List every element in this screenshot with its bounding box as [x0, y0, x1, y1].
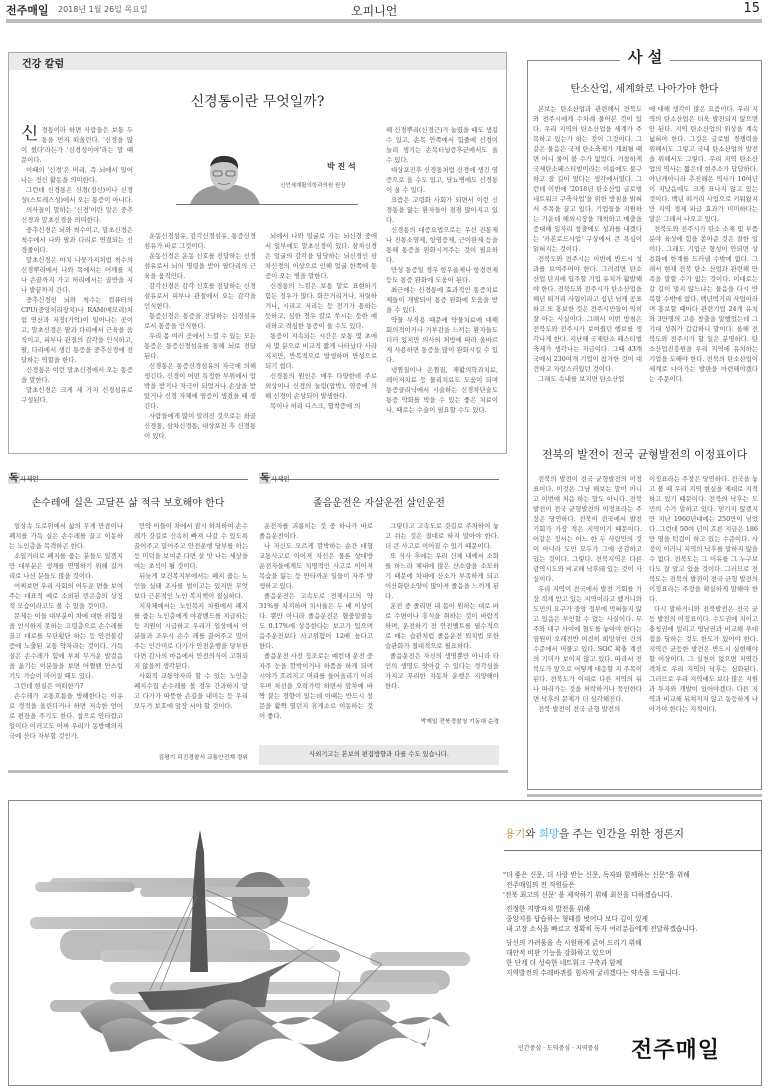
- ad-line: '전북 최고의 신문' 을 제작하기 위해 최선을 다하겠습니다.: [503, 890, 758, 900]
- paragraph: 소일거리로 폐지를 줍는 분들도 있겠지만 대부분은 생계를 연명하기 위해 길…: [9, 551, 123, 581]
- paragraph: 본보는 탄소산업과 관련해서 전북도와 전주시에게 수차례 물어본 것이 있다.…: [533, 104, 642, 254]
- paragraph: 신경통은 이런 말초신경에서 오는 통증을 말한다.: [21, 365, 133, 385]
- reader-opinion-header-left: 독자제언: [8, 466, 248, 480]
- paragraph: 일상속 도로위에서 삶의 무게 만큼이나 폐지를 가득 실은 손수레를 끌고 이…: [9, 521, 123, 551]
- health-column-box: 건강 칼럼 신경통이란 무엇일까? 박 진 석 신언세재활의학과의원 원장 신 …: [8, 52, 507, 454]
- sailing-ship-illustration: [10, 812, 490, 1072]
- editorial-2-text-2: 이정표라는 주장은 당연하다. 전국을 놓고 볼 때 우리 지역 현실을 제대로…: [649, 474, 758, 786]
- ad-line: 한 단계 더 성숙한 네트워크 구축과 함께: [506, 958, 758, 968]
- paragraph: 뒤늦게 보건복지부에서는 폐지 줍는 노인들 실태 조사를 벌이고는 있지만 무…: [134, 571, 248, 601]
- paragraph: 졸음운전은 자신의 생명뿐만 아니라 타인의 생명도 앗아갈 수 있다는 경각심…: [385, 651, 499, 691]
- section-divider: [8, 770, 508, 773]
- contribution-right-text-1: 운전자를 괴롭히는 것 중 하나가 바로 졸음운전이다. 나 자신도 모르게 깜…: [259, 521, 373, 721]
- paragraph: 지자체에서는 노인복지 차원에서 폐지를 줍는 노인층에게 야광밴드를 지급하는…: [134, 601, 248, 671]
- ad-slogan: 인간중심 · 도덕중심 · 지역중심: [518, 1043, 599, 1052]
- contribution-left-byline: 김평기 덕진경찰서 교통안전계 경위: [134, 752, 248, 761]
- paragraph: 신경통의 느낌은 보통 말로 표현하기 힘든 경우가 많다. 화끈거리거나, 저…: [265, 281, 377, 331]
- ad-headline: 용기와 희망을 주는 인간을 위한 정론지: [505, 826, 684, 841]
- paragraph: 이때의 '신경'은 머리, 즉 뇌에서 일어나는 정신 활동을 의미한다.: [21, 165, 133, 185]
- header-label: 자제언: [20, 475, 39, 483]
- health-column-text-3: 뇌에서 나와 얼굴로 가는 뇌신경 중에서 일부에도 말초신경이 있다. 삼차신…: [265, 231, 377, 451]
- paragraph: 운전 중 졸리면 내 몸이 원하는 대로 바로 수면이나 휴식을 취하는 것이 …: [385, 601, 499, 651]
- paragraph: 다시 말하거니와 전북발전은 전국 균등 발전의 이정표이다. 수도권에 치이고…: [649, 604, 758, 714]
- ad-line: "더 좋은 신문, 더 사랑 받는 신문, 독자와 함께하는 신문"을 위해: [503, 870, 758, 880]
- paragraph: 해 신경뿌리(신경근)가 눌렸을 때도 생길 수 있고, 손목 안쪽에서 힘줄에…: [386, 125, 498, 165]
- contribution-left-text-2: 만약 이들이 차에서 잠시 하차하여 손수레가 갓길로 신속히 빠져 나갈 수 …: [134, 521, 248, 749]
- paragraph: 중추신경인 뇌와 척수는 컴퓨터의 CPU(중앙처리장치)나 RAM(메모리)처…: [21, 295, 133, 365]
- paragraph: 감각신경은 감각 신호를 전달하는 신경섬유로서 피부나 관절에서 오는 감각을…: [144, 281, 256, 311]
- paragraph: 손수레가 교통흐름을 방해한다는 이유로 경적을 울린다거나 하면 저속한 언어…: [9, 691, 123, 741]
- paragraph: 전북 발전이 전국 균형 발전의: [533, 704, 642, 714]
- paragraph: 신경통의 대증요법으로는 우선 진통제나 진통소염제, 항염증제, 근이완제 등…: [386, 225, 498, 265]
- page-number: 15: [743, 1, 760, 16]
- paragraph: 전북도와 전주시가 탄소 소재 및 부품 분야 육성에 힘을 쏟아준 것은 잘한…: [649, 224, 758, 384]
- headline-hope: 희망: [539, 828, 559, 840]
- editorial-1-text-2: 에 대해 생각이 많은 요즘이다. 우리 지역의 탄소산업은 더욱 발전되지 않…: [649, 104, 758, 416]
- paragraph: 의사들이 말하는 '신경'이란 말은 중추신경과 말초신경을 의미한다.: [21, 205, 133, 225]
- paragraph: 말초신경은 마치 나뭇가지처럼 척수의 신경뿌리에서 나와 목에서는 어깨를 지…: [21, 255, 133, 295]
- paragraph: 에 대해 생각이 많은 요즘이다. 우리 지역의 탄소산업은 더욱 발전되지 않…: [649, 104, 758, 224]
- sailing-ship-icon: [10, 812, 490, 1072]
- header-label: 자제언: [271, 475, 290, 483]
- editorial-2-text-1: 전북의 발전이 전국 균형발전의 이정표이다. 이것은 그냥 해보는 말이 아니…: [533, 474, 642, 786]
- paragraph: 대상포진후 신경통처럼 신경에 생긴 염증으로 올 수도 있고, 당뇨병에도 신…: [386, 165, 498, 195]
- paragraph: 졸음운전은 고속도로 전체사고의 약 31%를 차지하며 치사율은 두 배 이상…: [259, 591, 373, 651]
- health-column-text-2: 운동신경섬유, 감각신경섬유, 통증신경섬유가 바로 그것이다. 운동신경은 운…: [144, 231, 256, 451]
- paragraph: 통증신경은 통증을 전달하는 신경섬유로서 통증을 인식한다.: [144, 311, 256, 331]
- paragraph: 운동신경은 운동 신호를 전달하는 신경섬유로서 뇌의 명령을 받아 팔다리의 …: [144, 251, 256, 281]
- headline-text: 을 주는 인간을 위한 정론지: [559, 828, 684, 840]
- header-initial: 독: [8, 473, 20, 484]
- paragraph: 만성 통증일 경우 항우울제나 항경련제 등도 통증 완화에 도움이 된다.: [386, 265, 498, 285]
- ad-line: 진정한 지방자치 발전을 위해: [506, 904, 758, 914]
- editorial-label: 사 설: [620, 46, 670, 67]
- ad-line: 전주매일의 전 직원들은: [503, 880, 758, 890]
- paragraph: 운동신경섬유, 감각신경섬유, 통증신경섬유가 바로 그것이다.: [144, 231, 256, 251]
- ad-body: "더 좋은 신문, 더 사랑 받는 신문, 독자와 함께하는 신문"을 위해 전…: [503, 870, 758, 982]
- paragraph: 최근에는 신경통에 효과적인 통증치료제들이 개발되어 통증 완화에 도움을 받…: [386, 285, 498, 315]
- contribution-right-text-2: 그렇다고 고속도로 갓길로 주차하여 놓고 쉬는 것은 절대로 하지 말아야 한…: [385, 521, 499, 711]
- contribution-left-text-1: 일상속 도로위에서 삶의 무게 만큼이나 폐지를 가득 실은 손수레를 끌고 이…: [9, 521, 123, 761]
- contribution-left-title: 손수레에 실은 고달픈 삶 적극 보호해야 한다: [8, 494, 248, 509]
- health-column-text-4: 해 신경뿌리(신경근)가 눌렸을 때도 생길 수 있고, 손목 안쪽에서 힘줄에…: [386, 125, 498, 451]
- ad-line: 대안적 비판 기능을 강화하고 있으며: [506, 948, 758, 958]
- paragraph: 냉찜질이나 온찜질, 재활의학과치료, 레이저치료 등 물리치료도 도움이 되며…: [386, 365, 498, 415]
- ad-line: 지역발전의 수레바퀴를 힘차게 굴리겠다는 약속을 드립니다.: [506, 968, 758, 978]
- reader-opinion-header-right: 독자제언: [259, 466, 499, 480]
- paragraph: 어찌보면 우리 사회의 어두운 면을 보여주는 대표적 예로 소외된 빈곤층의 …: [9, 581, 123, 611]
- paragraph: 만약 이들이 차에서 잠시 하차하여 손수레가 갓길로 신속히 빠져 나갈 수 …: [134, 521, 248, 571]
- paragraph: 사람들에게 많이 알려진 것으로는 좌골신경통, 삼차신경통, 대상포진 후 신…: [144, 411, 256, 441]
- health-column-label: 건강 칼럼: [22, 55, 64, 70]
- section-title: 오피니언: [351, 2, 397, 19]
- paragraph: 말초신경은 크게 세 가지 신경섬유로 구성된다.: [21, 385, 133, 405]
- paragraph: 통증이 지속되는 시간은 보통 몇 초에서 몇 분으로 비교적 짧게 나타났다 …: [265, 331, 377, 371]
- paragraph: 나 자신도 모르게 깜박하는 순간 대형 교통사고로 이어져 자신은 물론 상대…: [259, 541, 373, 591]
- paragraph: 문제는 이들 대부분이 차에 대한 위험성을 인식하지 못하는 고령층으로 손수…: [9, 611, 123, 681]
- paragraph: 그래도 속내를 보지면 탄소산업: [533, 374, 642, 384]
- paragraph: 뇌에서 나와 얼굴로 가는 뇌신경 중에서 일부에도 말초신경이 있다. 삼차신…: [265, 231, 377, 281]
- editorial-title-1: 탄소산업, 세계화로 나아가야 한다: [527, 80, 762, 95]
- ad-line: 내 고장 소식을 빠르고 정확히 독자 여러분들에게 전달하겠습니다.: [506, 924, 758, 934]
- editorial-1-text-1: 본보는 탄소산업과 관련해서 전북도와 전주시에게 수차례 물어본 것이 있다.…: [533, 104, 642, 416]
- ad-line: 중앙지를 답습하는 형태를 벗어나 보다 깊이 있게: [506, 914, 758, 924]
- paragraph: 전북의 발전이 전국 균형발전의 이정표이다. 이것은 그냥 해보는 말이 아니…: [533, 474, 642, 584]
- health-column-header: 건강 칼럼: [9, 53, 506, 70]
- ad-line: 당신의 가려움을 속 시원하게 긁어 드리기 위해: [506, 938, 758, 948]
- paragraph: 졸음운전 사전 징조로는 예컨대 운전 중 자주 눈을 깜박이거나 하품을 하게…: [259, 651, 373, 721]
- health-column-title: 신경통이란 무엇일까?: [9, 91, 506, 111]
- paragraph: 그런데 현실은 어떠한가?: [9, 681, 123, 691]
- headline-courage: 용기: [505, 828, 525, 840]
- paragraph: 신경통은 통증신경섬유의 자극에 의해 생긴다. 신경이 어떤 특정한 부위에서…: [144, 361, 256, 411]
- paragraph: 약물 부작용 때문에 약물치료에 대해 회의적이거나 거부감을 느끼는 환자들도…: [386, 315, 498, 365]
- paragraph: 요즘은 고령화 사회가 되면서 이런 신경통을 앓는 환자들이 점점 많아지고 …: [386, 195, 498, 225]
- paragraph: 목이나 허리 디스크, 협착증에 의: [265, 401, 377, 411]
- editorial-title-2: 전북의 발전이 전국 균형발전의 이정표이다: [527, 446, 762, 462]
- masthead: 전주매일 2018년 1월 26일 목요일 오피니언 15: [6, 2, 762, 18]
- contribution-right-title: 졸음운전은 자살운전 살인운전: [259, 494, 499, 509]
- paragraph: 사회적 교통약자라 할 수 있는 노인층 폐지수집 손수레를 볼 경우 간과하지…: [134, 671, 248, 711]
- issue-date: 2018년 1월 26일 목요일: [58, 4, 148, 15]
- paragraph: 또 식사 후에는 우리 신체 내에서 소화를 하느라 체내에 많은 산소량을 소…: [385, 551, 499, 601]
- ad-paragraph: "더 좋은 신문, 더 사랑 받는 신문, 독자와 함께하는 신문"을 위해 전…: [503, 870, 758, 900]
- paragraph: 그렇다고 고속도로 갓길로 주차하여 놓고 쉬는 것은 절대로 하지 말아야 한…: [385, 521, 499, 551]
- disclaimer-notice: 사외기고는 본보의 편집방향과 다를 수도 있습니다.: [259, 745, 499, 765]
- headline-text: 와: [525, 828, 538, 840]
- health-column-text-1: 신 경통이라 하면 사람들은 보통 두통을 먼저 떠올린다. '신경을 많이 썼…: [21, 125, 133, 450]
- paragraph: 우리 지역이 전국에서 발전 기회를 가장 적게 받고 있는 지역이라고 했거니…: [533, 584, 642, 704]
- paragraph: 이정표라는 주장은 당연하다. 전국을 놓고 볼 때 우리 지역 현실을 제대로…: [649, 474, 758, 604]
- paragraph: 그런데 신경통은 신경(정신)이나 신경성(스트레스성)에서 오는 통증이 아니…: [21, 185, 133, 205]
- paragraph: 우리 몸 여러 곳에서 느낄 수 있는 모든 통증은 통증신경섬유를 통해 뇌로…: [144, 331, 256, 361]
- author-name: 박 진 석: [327, 161, 356, 172]
- ad-logo: 전주매일: [631, 1033, 720, 1064]
- paragraph: 운전자를 괴롭히는 것 중 하나가 바로 졸음운전이다.: [259, 521, 373, 541]
- ad-divider: [504, 850, 762, 851]
- paragraph: 중추신경은 뇌와 척수이고, 말초신경은 척수에서 나와 팔과 다리로 연결되는…: [21, 225, 133, 255]
- dropcap: 신: [21, 125, 38, 143]
- masthead-divider: [6, 19, 762, 23]
- ad-paragraph: 진정한 지방자치 발전을 위해 중앙지를 답습하는 형태를 벗어나 보다 깊이 …: [503, 904, 758, 934]
- contribution-right-byline: 박재일 전북경찰청 기동대 순경: [385, 716, 499, 725]
- paragraph: 전북도와 전주시는 이번에 반드시 성과를 보여주어야 한다. 그러려면 탄소 …: [533, 254, 642, 374]
- author-role: 신언세재활의학과의원 원장: [280, 181, 346, 189]
- header-initial: 독: [259, 473, 271, 484]
- section-divider: [527, 794, 762, 797]
- paragraph: 신경통의 원인은 매우 다양한데 주로 외상이나 신경의 눌림(압박), 염증에…: [265, 371, 377, 401]
- newspaper-logo[interactable]: 전주매일: [6, 2, 49, 18]
- ad-paragraph: 당신의 가려움을 속 시원하게 긁어 드리기 위해 대안적 비판 기능을 강화하…: [503, 938, 758, 978]
